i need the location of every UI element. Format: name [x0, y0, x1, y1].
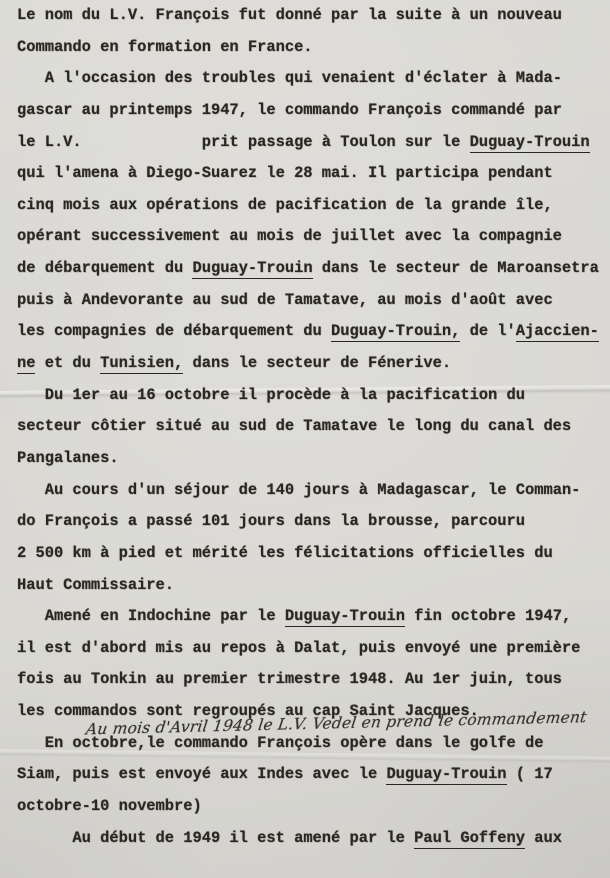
underlined-name: Tunisien, [100, 354, 183, 374]
typed-text: Siam, puis est envoyé aux Indes avec le [17, 765, 386, 783]
typed-text: et du [35, 354, 100, 372]
typed-line: Siam, puis est envoyé aux Indes avec le … [17, 759, 599, 791]
underlined-name: Duguay-Trouin [470, 133, 590, 153]
scanned-document-page: Le nom du L.V. François fut donné par la… [0, 0, 610, 878]
typed-line: le L.V. prit passage à Toulon sur le Dug… [17, 127, 599, 159]
typed-text: Du 1er au 16 octobre il procède à la pac… [45, 386, 525, 404]
underlined-name: Duguay-Trouin, [331, 322, 460, 342]
typed-text: 2 500 km à pied et mérité les félicitati… [17, 544, 553, 562]
typed-text: opérant successivement au mois de juille… [17, 227, 562, 245]
typed-text: Pangalanes. [17, 449, 119, 467]
typed-line: qui l'amena à Diego-Suarez le 28 mai. Il… [17, 158, 599, 190]
typed-line: Amené en Indochine par le Duguay-Trouin … [17, 601, 599, 633]
typed-line: il est d'abord mis au repos à Dalat, pui… [17, 633, 599, 665]
typed-text: octobre-10 novembre) [17, 797, 202, 815]
typed-text: secteur côtier situé au sud de Tamatave … [17, 417, 571, 435]
typed-text: Au cours d'un séjour de 140 jours à Mada… [45, 481, 581, 499]
typed-line: Haut Commissaire. [17, 570, 599, 602]
underlined-name: Duguay-Trouin [192, 259, 312, 279]
typed-text: dans le secteur de Fénerive. [183, 354, 451, 372]
typed-text: Haut Commissaire. [17, 576, 174, 594]
typed-line: Au cours d'un séjour de 140 jours à Mada… [17, 475, 599, 507]
underlined-name: Paul Goffeny [414, 829, 525, 849]
typed-line: do François a passé 101 jours dans la br… [17, 506, 599, 538]
typed-text: aux [525, 829, 562, 847]
typed-line: Le nom du L.V. François fut donné par la… [17, 0, 599, 32]
typed-text: Au début de 1949 il est amené par le [72, 829, 414, 847]
typed-text: les compagnies de débarquement du [17, 322, 331, 340]
typed-text: ( 17 [507, 765, 553, 783]
typed-text: de l' [460, 322, 515, 340]
typed-line: Au début de 1949 il est amené par le Pau… [17, 823, 599, 855]
typed-text: dans le secteur de Maroansetra [313, 259, 599, 277]
typed-line: cinq mois aux opérations de pacification… [17, 190, 599, 222]
typed-line: A l'occasion des troubles qui venaient d… [17, 63, 599, 95]
typed-line: gascar au printemps 1947, le commando Fr… [17, 95, 599, 127]
typed-text: le L.V. prit passage à Toulon sur le [17, 133, 470, 151]
typed-line: secteur côtier situé au sud de Tamatave … [17, 411, 599, 443]
typed-line: opérant successivement au mois de juille… [17, 221, 599, 253]
typed-line: fois au Tonkin au premier trimestre 1948… [17, 664, 599, 696]
typed-text: Le nom du L.V. François fut donné par la… [17, 6, 562, 24]
typed-line: 2 500 km à pied et mérité les félicitati… [17, 538, 599, 570]
typed-text: puis à Andevorante au sud de Tamatave, a… [17, 291, 553, 309]
typed-text: de débarquement du [17, 259, 192, 277]
typed-text: gascar au printemps 1947, le commando Fr… [17, 101, 562, 119]
typed-text: A l'occasion des troubles qui venaient d… [45, 69, 562, 87]
typed-text: il est d'abord mis au repos à Dalat, pui… [17, 639, 580, 657]
typed-text: qui l'amena à Diego-Suarez le 28 mai. Il… [17, 164, 553, 182]
typed-text: fois au Tonkin au premier trimestre 1948… [17, 670, 562, 688]
typed-line: octobre-10 novembre) [17, 791, 599, 823]
typed-line: puis à Andevorante au sud de Tamatave, a… [17, 285, 599, 317]
typed-line: Commando en formation en France. [17, 32, 599, 64]
typed-line: de débarquement du Duguay-Trouin dans le… [17, 253, 599, 285]
underlined-name: ne [17, 354, 35, 374]
typed-line: les compagnies de débarquement du Duguay… [17, 316, 599, 348]
typed-text: fin octobre 1947, [405, 607, 571, 625]
typed-line: Pangalanes. [17, 443, 599, 475]
typed-line: Du 1er au 16 octobre il procède à la pac… [17, 380, 599, 412]
typed-text: Commando en formation en France. [17, 38, 313, 56]
typed-text: Amené en Indochine par le [45, 607, 285, 625]
underlined-name: Duguay-Trouin [285, 607, 405, 627]
underlined-name: Ajaccien- [516, 322, 599, 342]
typed-line: ne et du Tunisien, dans le secteur de Fé… [17, 348, 599, 380]
underlined-name: Duguay-Trouin [386, 765, 506, 785]
typed-text: cinq mois aux opérations de pacification… [17, 196, 553, 214]
typed-text: do François a passé 101 jours dans la br… [17, 512, 525, 530]
